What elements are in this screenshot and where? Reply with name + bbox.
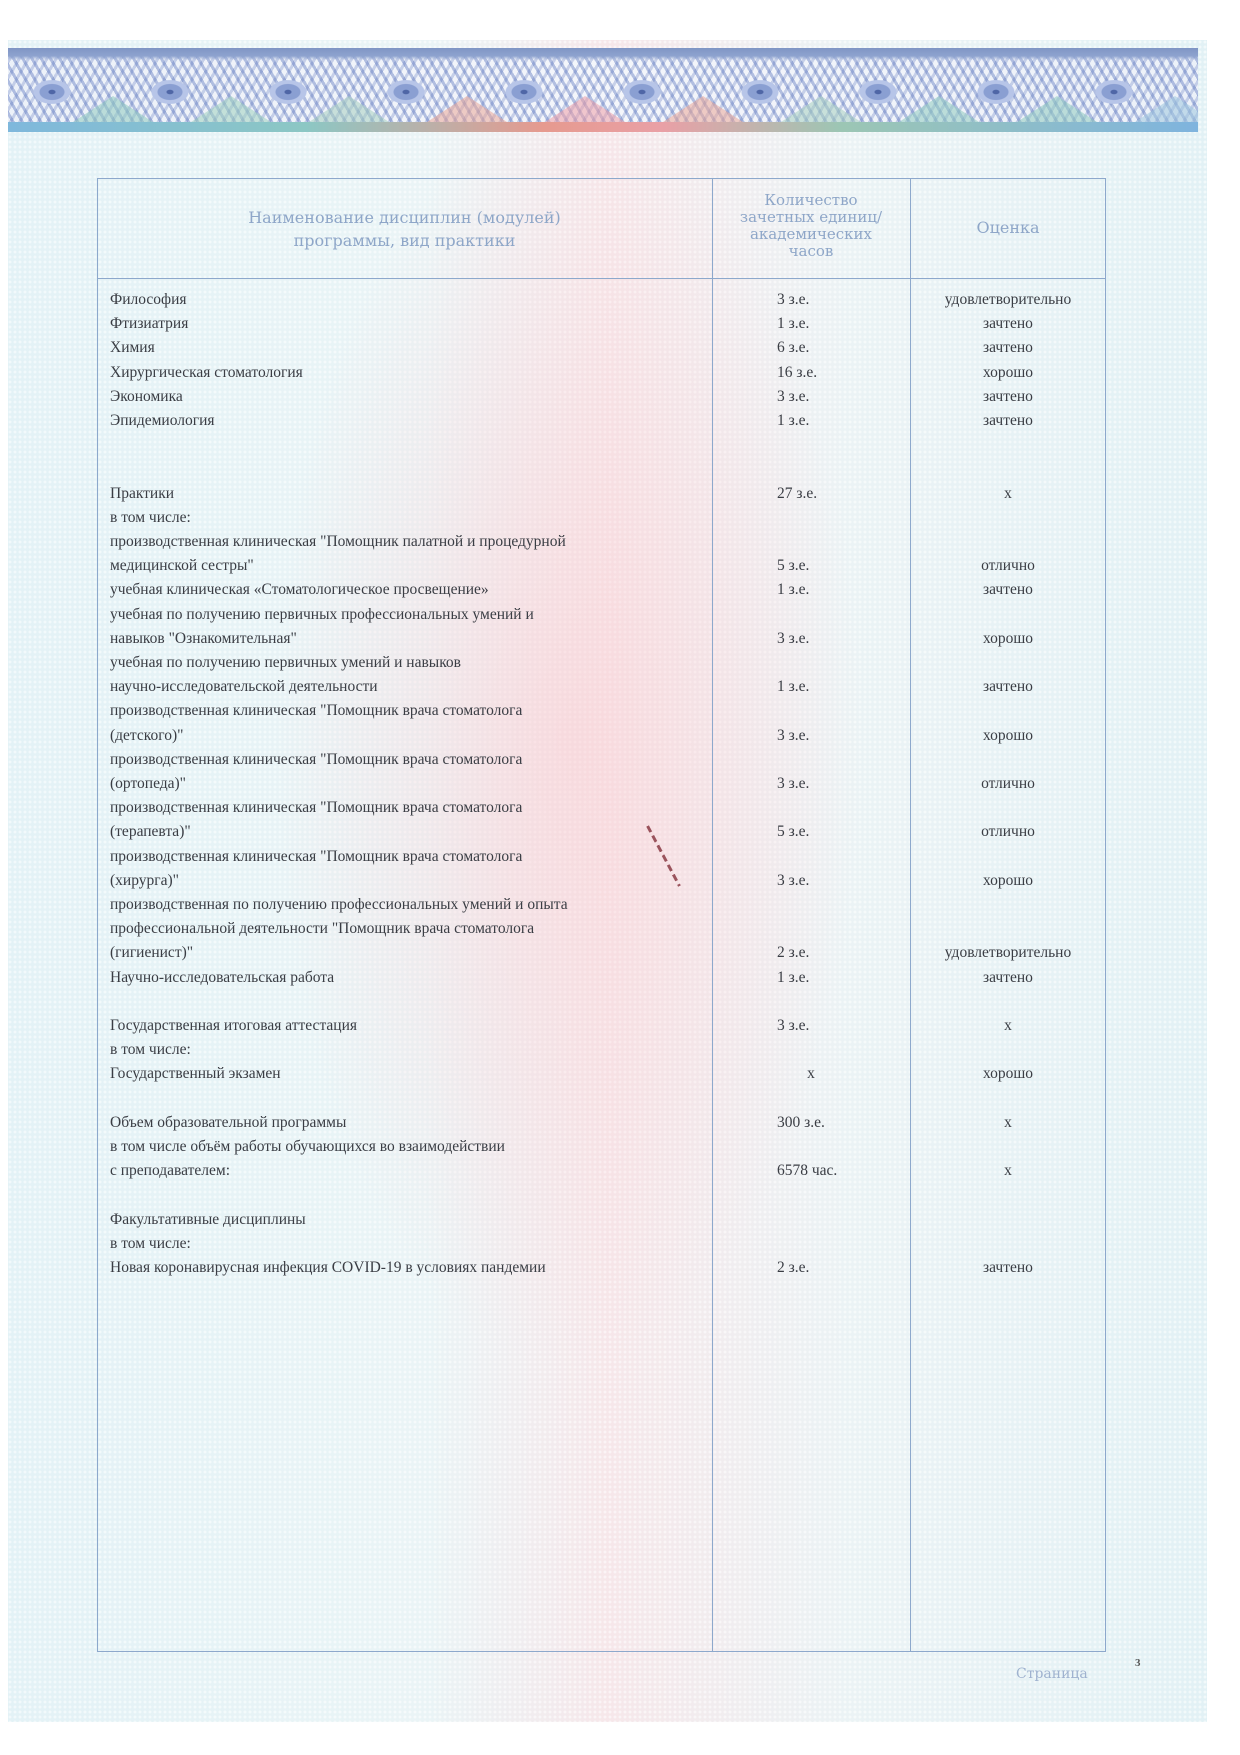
discipline-name: производственная клиническая "Помощник п… — [110, 530, 710, 554]
grade-value: зачтено — [910, 385, 1106, 409]
table-row: Хирургическая стоматология16 з.е.хорошо — [0, 361, 1240, 385]
table-row: Философия3 з.е.удовлетворительно — [0, 288, 1240, 312]
table-row: Объем образовательной программы300 з.е.x — [0, 1111, 1240, 1135]
table-row: Новая коронавирусная инфекция COVID-19 в… — [0, 1256, 1240, 1280]
grade-value: зачтено — [910, 312, 1106, 336]
discipline-name: Государственный экзамен — [110, 1062, 710, 1086]
table-row: производственная клиническая "Помощник в… — [0, 796, 1240, 820]
ornament-diamond — [850, 74, 906, 110]
grade-value: зачтено — [910, 409, 1106, 433]
table-row: медицинской сестры"5 з.е.отлично — [0, 554, 1240, 578]
discipline-name: учебная по получению первичных умений и … — [110, 651, 710, 675]
decorative-guilloche-border — [8, 48, 1198, 132]
grade-value: удовлетворительно — [910, 288, 1106, 312]
discipline-name: научно-исследовательской деятельности — [110, 675, 710, 699]
table-row: производственная клиническая "Помощник п… — [0, 530, 1240, 554]
column-header-grade: Оценка — [910, 218, 1106, 237]
credits-value: 3 з.е. — [777, 724, 897, 748]
discipline-name: навыков "Ознакомительная" — [110, 627, 710, 651]
credits-value: 3 з.е. — [777, 385, 897, 409]
table-row: Государственный экзаменxхорошо — [0, 1062, 1240, 1086]
credits-value: 6578 час. — [777, 1159, 897, 1183]
ornament-diamond — [614, 74, 670, 110]
discipline-name: производственная по получению профессион… — [110, 893, 710, 917]
credits-value: 3 з.е. — [777, 288, 897, 312]
credits-value: 2 з.е. — [777, 1256, 897, 1280]
table-row: (хирурга)"3 з.е.хорошо — [0, 869, 1240, 893]
table-row: (терапевта)"5 з.е.отлично — [0, 820, 1240, 844]
table-row: производственная клиническая "Помощник в… — [0, 699, 1240, 723]
table-row: научно-исследовательской деятельности1 з… — [0, 675, 1240, 699]
ornament-wedge — [899, 96, 979, 122]
discipline-name: (гигиенист)" — [110, 941, 710, 965]
table-row — [0, 457, 1240, 481]
ornament-diamond — [732, 74, 788, 110]
discipline-name: в том числе: — [110, 1232, 710, 1256]
page-label: Страница — [1016, 1666, 1088, 1682]
grade-value: хорошо — [910, 869, 1106, 893]
discipline-name: учебная клиническая «Стоматологическое п… — [110, 578, 710, 602]
ornament-wedge — [545, 96, 625, 122]
discipline-name: (хирурга)" — [110, 869, 710, 893]
header-divider — [97, 278, 1106, 279]
page-number: 3 — [1135, 1657, 1141, 1669]
credits-value: 1 з.е. — [777, 409, 897, 433]
grade-value: хорошо — [910, 627, 1106, 651]
table-row: в том числе: — [0, 1038, 1240, 1062]
table-row: Химия6 з.е.зачтено — [0, 336, 1240, 360]
ornament-wedge — [1135, 96, 1198, 122]
discipline-name: профессиональной деятельности "Помощник … — [110, 917, 710, 941]
table-row — [0, 990, 1240, 1014]
grade-value: x — [910, 1014, 1106, 1038]
ornament-diamond — [24, 74, 80, 110]
discipline-name: производственная клиническая "Помощник в… — [110, 748, 710, 772]
credits-value: 1 з.е. — [777, 966, 897, 990]
grade-value: отлично — [910, 820, 1106, 844]
credits-value: 3 з.е. — [777, 1014, 897, 1038]
table-row: Государственная итоговая аттестация3 з.е… — [0, 1014, 1240, 1038]
table-row: Практики27 з.е.x — [0, 482, 1240, 506]
discipline-name: (терапевта)" — [110, 820, 710, 844]
table-row — [0, 433, 1240, 457]
discipline-name: Философия — [110, 288, 710, 312]
table-row: с преподавателем:6578 час.x — [0, 1159, 1240, 1183]
table-row: производственная клиническая "Помощник в… — [0, 845, 1240, 869]
table-row: навыков "Ознакомительная"3 з.е.хорошо — [0, 627, 1240, 651]
table-row: производственная по получению профессион… — [0, 893, 1240, 917]
ornament-wedge — [1017, 96, 1097, 122]
credits-value: 6 з.е. — [777, 336, 897, 360]
credits-value: 3 з.е. — [777, 772, 897, 796]
credits-value: x — [712, 1062, 910, 1086]
discipline-name: Экономика — [110, 385, 710, 409]
table-row: Фтизиатрия1 з.е.зачтено — [0, 312, 1240, 336]
credits-value: 27 з.е. — [777, 482, 897, 506]
credits-value: 1 з.е. — [777, 578, 897, 602]
table-row: учебная по получению первичных умений и … — [0, 651, 1240, 675]
discipline-name: учебная по получению первичных профессио… — [110, 603, 710, 627]
discipline-name: Объем образовательной программы — [110, 1111, 710, 1135]
header-text: часов — [712, 243, 910, 260]
grade-value: зачтено — [910, 578, 1106, 602]
ornament-wedge — [191, 96, 271, 122]
table-row: в том числе: — [0, 1232, 1240, 1256]
discipline-name: Факультативные дисциплины — [110, 1208, 710, 1232]
discipline-name: в том числе объём работы обучающихся во … — [110, 1135, 710, 1159]
discipline-name: производственная клиническая "Помощник в… — [110, 845, 710, 869]
discipline-name: медицинской сестры" — [110, 554, 710, 578]
ornament-wedge — [427, 96, 507, 122]
discipline-name: Фтизиатрия — [110, 312, 710, 336]
ornament-wedge — [781, 96, 861, 122]
header-text: академических — [712, 226, 910, 243]
ornament-wedge — [663, 96, 743, 122]
discipline-name: Практики — [110, 482, 710, 506]
credits-value: 2 з.е. — [777, 941, 897, 965]
discipline-name: Химия — [110, 336, 710, 360]
table-row: Научно-исследовательская работа1 з.е.зач… — [0, 966, 1240, 990]
ornament-wedge — [309, 96, 389, 122]
grade-value: зачтено — [910, 966, 1106, 990]
credits-value: 1 з.е. — [777, 675, 897, 699]
ornament-diamond — [968, 74, 1024, 110]
grade-value: отлично — [910, 554, 1106, 578]
table-row — [0, 1183, 1240, 1207]
discipline-name: в том числе: — [110, 1038, 710, 1062]
ornament-diamond — [378, 74, 434, 110]
discipline-name: производственная клиническая "Помощник в… — [110, 796, 710, 820]
discipline-name: Государственная итоговая аттестация — [110, 1014, 710, 1038]
table-row: профессиональной деятельности "Помощник … — [0, 917, 1240, 941]
header-text: Количество — [712, 192, 910, 209]
ornament-diamond — [142, 74, 198, 110]
table-row: (гигиенист)"2 з.е.удовлетворительно — [0, 941, 1240, 965]
discipline-name: (ортопеда)" — [110, 772, 710, 796]
credits-value: 3 з.е. — [777, 627, 897, 651]
ornament-wedge — [73, 96, 153, 122]
discipline-name: Научно-исследовательская работа — [110, 966, 710, 990]
grade-value: зачтено — [910, 336, 1106, 360]
grade-value: x — [910, 1111, 1106, 1135]
credits-value: 3 з.е. — [777, 869, 897, 893]
discipline-name: Хирургическая стоматология — [110, 361, 710, 385]
grade-value: x — [910, 1159, 1106, 1183]
discipline-name: Новая коронавирусная инфекция COVID-19 в… — [110, 1256, 710, 1280]
table-row: Факультативные дисциплины — [0, 1208, 1240, 1232]
credits-value: 300 з.е. — [777, 1111, 897, 1135]
header-text: зачетных единиц/ — [712, 209, 910, 226]
ornament-diamond — [260, 74, 316, 110]
grade-value: отлично — [910, 772, 1106, 796]
ornament-diamond — [496, 74, 552, 110]
grade-value: зачтено — [910, 675, 1106, 699]
table-row: производственная клиническая "Помощник в… — [0, 748, 1240, 772]
table-row — [0, 1087, 1240, 1111]
table-row: в том числе объём работы обучающихся во … — [0, 1135, 1240, 1159]
credits-value: 5 з.е. — [777, 554, 897, 578]
grade-value: хорошо — [910, 361, 1106, 385]
column-header-discipline: Наименование дисциплин (модулей) програм… — [97, 206, 712, 252]
grade-value: зачтено — [910, 1256, 1106, 1280]
credits-value: 1 з.е. — [777, 312, 897, 336]
table-row: учебная клиническая «Стоматологическое п… — [0, 578, 1240, 602]
discipline-name: Эпидемиология — [110, 409, 710, 433]
discipline-name: производственная клиническая "Помощник в… — [110, 699, 710, 723]
header-text: Наименование дисциплин (модулей) — [97, 206, 712, 229]
discipline-name: в том числе: — [110, 506, 710, 530]
grade-value: x — [910, 482, 1106, 506]
grade-value: хорошо — [910, 1062, 1106, 1086]
table-row: Эпидемиология1 з.е.зачтено — [0, 409, 1240, 433]
table-row: учебная по получению первичных профессио… — [0, 603, 1240, 627]
discipline-name: с преподавателем: — [110, 1159, 710, 1183]
credits-value: 16 з.е. — [777, 361, 897, 385]
table-row: в том числе: — [0, 506, 1240, 530]
grade-value: хорошо — [910, 724, 1106, 748]
column-header-credits: Количество зачетных единиц/ академически… — [712, 192, 910, 260]
table-row: (детского)"3 з.е.хорошо — [0, 724, 1240, 748]
ornament-diamond — [1086, 74, 1142, 110]
credits-value: 5 з.е. — [777, 820, 897, 844]
discipline-name: (детского)" — [110, 724, 710, 748]
ornament-color-band — [8, 122, 1198, 132]
table-row: Экономика3 з.е.зачтено — [0, 385, 1240, 409]
table-row: (ортопеда)"3 з.е.отлично — [0, 772, 1240, 796]
header-text: программы, вид практики — [97, 229, 712, 252]
grade-value: удовлетворительно — [910, 941, 1106, 965]
